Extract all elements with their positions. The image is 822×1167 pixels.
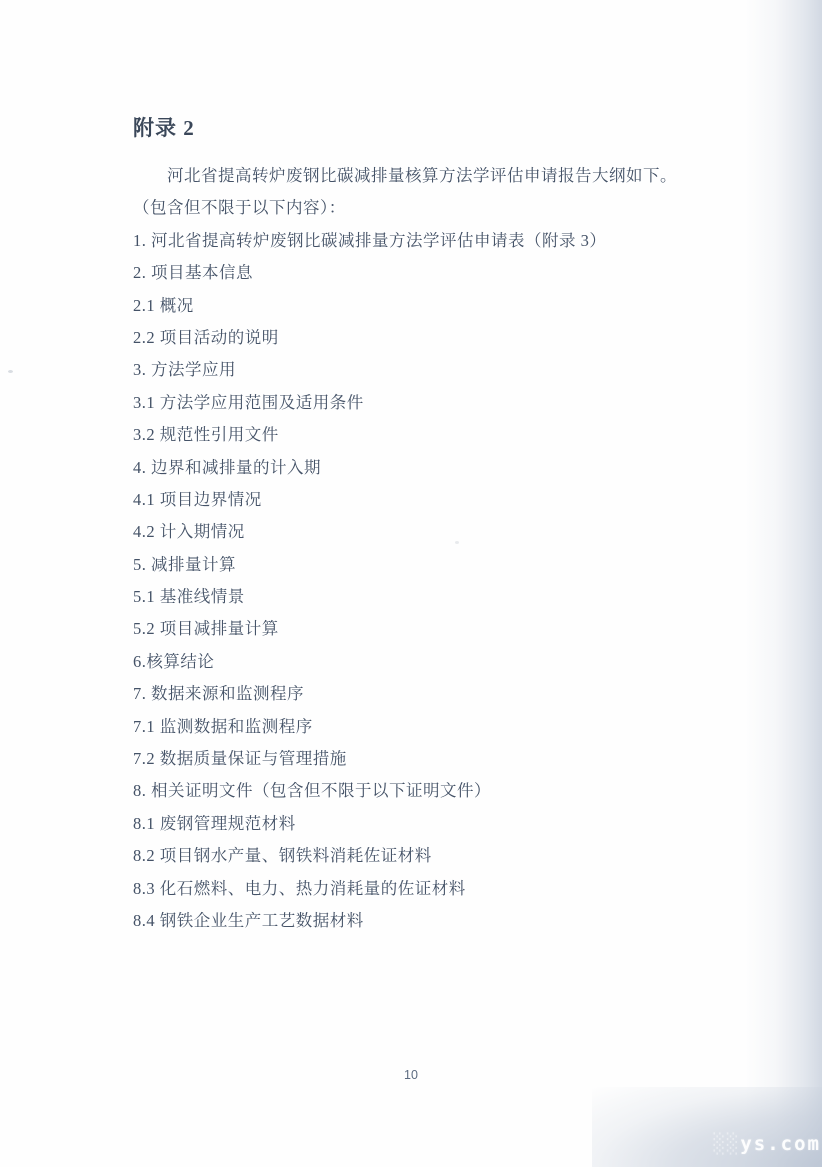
intro-sentence: 河北省提高转炉废钢比碳减排量核算方法学评估申请报告大纲如下。	[133, 160, 713, 192]
outline-item: 2. 项目基本信息	[133, 257, 713, 289]
outline-item: 8.2 项目钢水产量、钢铁料消耗佐证材料	[133, 840, 713, 872]
scan-shadow-bottom-right-corner	[592, 1087, 822, 1167]
page-number: 10	[0, 1068, 822, 1082]
outline-item: 3.1 方法学应用范围及适用条件	[133, 387, 713, 419]
outline-item: 6.核算结论	[133, 646, 713, 678]
appendix-heading: 附录 2	[133, 112, 195, 142]
outline-item: 2.2 项目活动的说明	[133, 322, 713, 354]
outline-item: 1. 河北省提高转炉废钢比碳减排量方法学评估申请表（附录 3）	[133, 225, 713, 257]
outline-item: 2.1 概况	[133, 290, 713, 322]
outline-item: 7.2 数据质量保证与管理措施	[133, 743, 713, 775]
outline-item: 5. 减排量计算	[133, 549, 713, 581]
intro-scope-note: （包含但不限于以下内容）：	[133, 192, 713, 224]
outline-item: 5.2 项目减排量计算	[133, 613, 713, 645]
outline-item: 8. 相关证明文件（包含但不限于以下证明文件）	[133, 775, 713, 807]
watermark-site-text: ░░ys.com	[713, 1133, 821, 1155]
scan-artifact-speck	[8, 370, 13, 373]
outline-item: 7.1 监测数据和监测程序	[133, 711, 713, 743]
watermark-faded-prefix: ░░	[713, 1133, 740, 1155]
outline-item: 8.1 废钢管理规范材料	[133, 808, 713, 840]
outline-item: 3.2 规范性引用文件	[133, 419, 713, 451]
outline-item: 8.3 化石燃料、电力、热力消耗量的佐证材料	[133, 873, 713, 905]
scanned-document-page: 附录 2 河北省提高转炉废钢比碳减排量核算方法学评估申请报告大纲如下。 （包含但…	[0, 0, 822, 1167]
outline-item: 4.2 计入期情况	[133, 516, 713, 548]
scan-shadow-right-edge	[744, 0, 822, 1167]
outline-item: 7. 数据来源和监测程序	[133, 678, 713, 710]
outline-text-column: 河北省提高转炉废钢比碳减排量核算方法学评估申请报告大纲如下。 （包含但不限于以下…	[133, 160, 713, 937]
outline-item: 5.1 基准线情景	[133, 581, 713, 613]
outline-item: 8.4 钢铁企业生产工艺数据材料	[133, 905, 713, 937]
outline-item: 4. 边界和减排量的计入期	[133, 452, 713, 484]
watermark-visible-text: ys.com	[740, 1133, 821, 1155]
outline-item: 4.1 项目边界情况	[133, 484, 713, 516]
outline-item: 3. 方法学应用	[133, 354, 713, 386]
